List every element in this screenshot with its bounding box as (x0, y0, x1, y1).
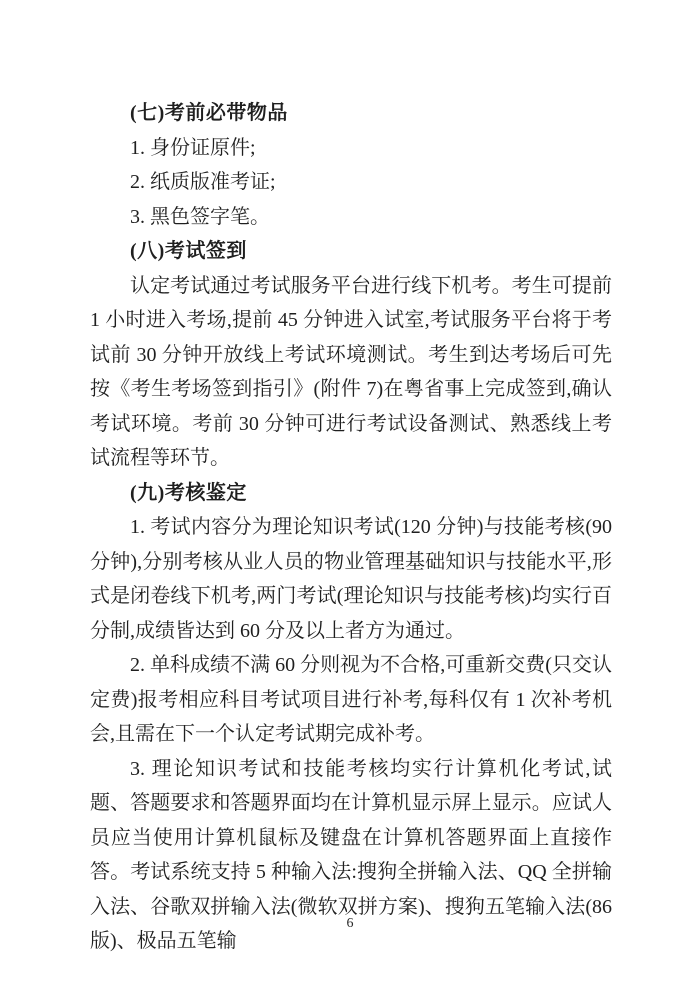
list-item: 1. 身份证原件; (90, 131, 612, 166)
document-body: (七)考前必带物品1. 身份证原件;2. 纸质版准考证;3. 黑色签字笔。(八)… (90, 96, 612, 959)
section-heading: (八)考试签到 (90, 234, 612, 269)
list-item: 2. 纸质版准考证; (90, 165, 612, 200)
section-heading: (九)考核鉴定 (90, 476, 612, 511)
list-item: 3. 黑色签字笔。 (90, 200, 612, 235)
section-heading: (七)考前必带物品 (90, 96, 612, 131)
paragraph: 认定考试通过考试服务平台进行线下机考。考生可提前 1 小时进入考场,提前 45 … (90, 269, 612, 476)
paragraph: 1. 考试内容分为理论知识考试(120 分钟)与技能考核(90 分钟),分别考核… (90, 510, 612, 648)
paragraph: 2. 单科成绩不满 60 分则视为不合格,可重新交费(只交认定费)报考相应科目考… (90, 648, 612, 752)
document-page: (七)考前必带物品1. 身份证原件;2. 纸质版准考证;3. 黑色签字笔。(八)… (0, 0, 700, 990)
page-number: 6 (0, 916, 700, 932)
